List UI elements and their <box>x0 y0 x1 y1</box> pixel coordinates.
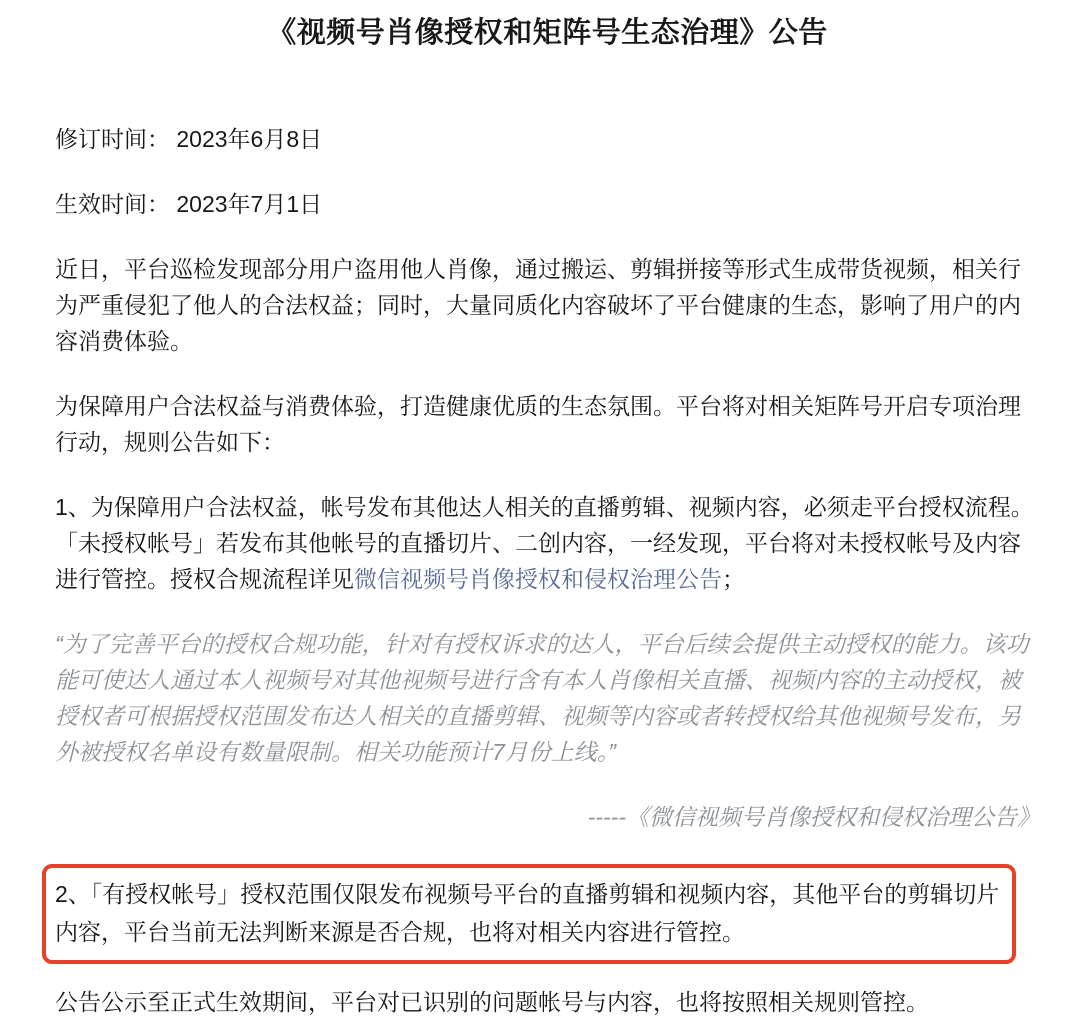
rule-2-paragraph: 2、「有授权帐号」授权范围仅限发布视频号平台的直播剪辑和视频内容，其他平台的剪辑… <box>55 875 1000 951</box>
effective-time-line: 生效时间： 2023年7月1日 <box>55 186 1040 222</box>
red-highlight-box: 2、「有授权帐号」授权范围仅限发布视频号平台的直播剪辑和视频内容，其他平台的剪辑… <box>42 864 1016 964</box>
quote-attribution: -----《微信视频号肖像授权和侵权治理公告》 <box>55 799 1040 835</box>
revised-time-value: 2023年6月8日 <box>176 126 322 152</box>
closing-section: 公告公示至正式生效期间，平台对已识别的问题帐号与内容，也将按照相关规则管控。 <box>55 984 1040 1020</box>
policy-quote-block: “为了完善平台的授权合规功能，针对有授权诉求的达人，平台后续会提供主动授权的能力… <box>55 626 1040 770</box>
rule-1-paragraph: 1、为保障用户合法权益，帐号发布其他达人相关的直播剪辑、视频内容，必须走平台授权… <box>55 489 1040 597</box>
page-title: 《视频号肖像授权和矩阵号生态治理》公告 <box>55 16 1040 51</box>
intro-paragraph-2: 为保障用户合法权益与消费体验，打造健康优质的生态氛围。平台将对相关矩阵号开启专项… <box>55 388 1040 460</box>
portrait-authorization-policy-link[interactable]: 微信视频号肖像授权和侵权治理公告 <box>354 566 722 592</box>
revised-time-line: 修订时间： 2023年6月8日 <box>55 121 1040 157</box>
closing-paragraph: 公告公示至正式生效期间，平台对已识别的问题帐号与内容，也将按照相关规则管控。 <box>55 984 1040 1020</box>
rule-1-text-suffix: ； <box>722 566 745 592</box>
announcement-document: 《视频号肖像授权和矩阵号生态治理》公告 修订时间： 2023年6月8日 生效时间… <box>0 0 1080 1020</box>
revised-time-label: 修订时间： <box>55 126 170 152</box>
effective-time-label: 生效时间： <box>55 191 170 217</box>
effective-time-value: 2023年7月1日 <box>176 191 322 217</box>
intro-paragraph-1: 近日，平台巡检发现部分用户盗用他人肖像，通过搬运、剪辑拼接等形式生成带货视频，相… <box>55 251 1040 359</box>
